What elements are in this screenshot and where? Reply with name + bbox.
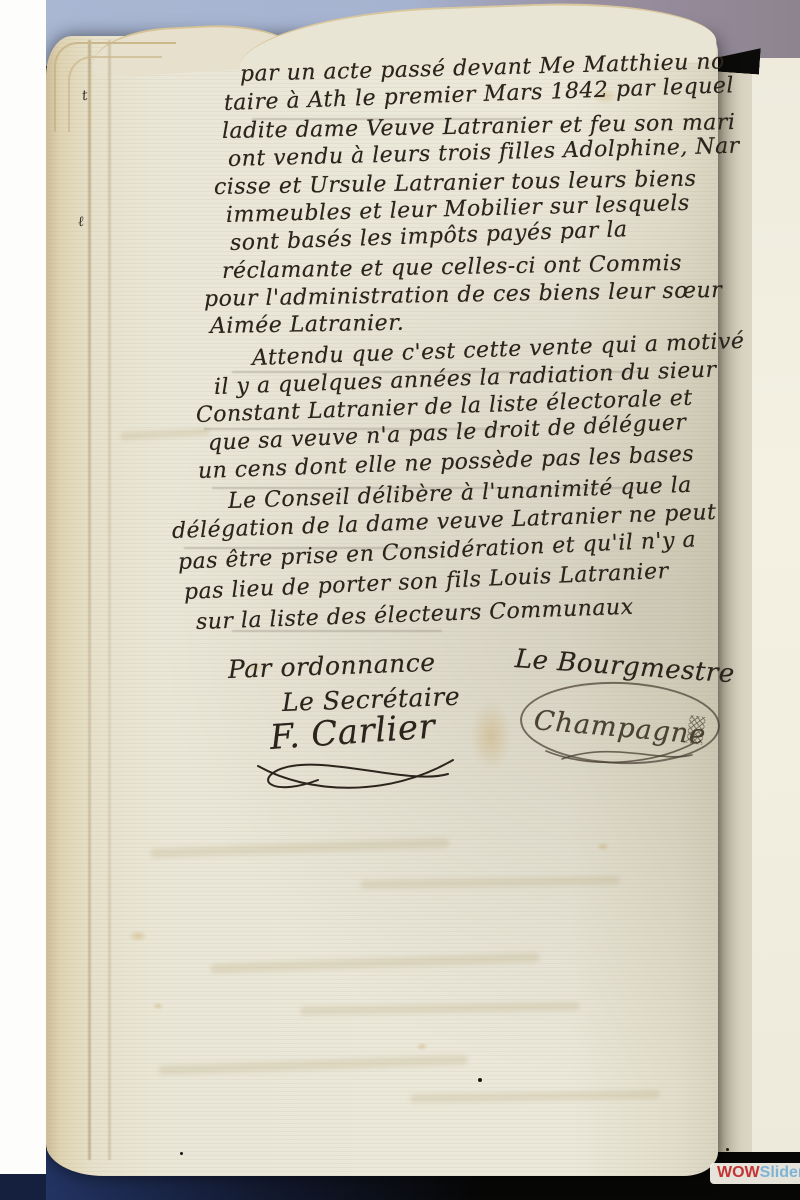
gutter-crease-2 bbox=[108, 40, 111, 1160]
photo-white-border bbox=[0, 0, 46, 1174]
wowslider-watermark[interactable]: WOWSlider bbox=[710, 1163, 800, 1184]
gutter-crease bbox=[88, 40, 91, 1160]
ink-speck bbox=[180, 1152, 183, 1155]
signature-flourish bbox=[248, 752, 463, 800]
manuscript-line: Aimée Latranier. bbox=[210, 311, 405, 339]
manuscript-photo: par un acte passé devant Me Matthieu no … bbox=[0, 0, 800, 1200]
page-stack-edge bbox=[752, 58, 800, 1152]
paper-stain bbox=[596, 842, 610, 851]
paper-stain bbox=[152, 1002, 164, 1010]
next-page-edge bbox=[712, 58, 754, 1152]
photo-border-foot bbox=[0, 1174, 46, 1200]
paper-stain bbox=[128, 930, 148, 942]
paper-stain bbox=[470, 700, 512, 772]
watermark-brand-slider: Slider bbox=[760, 1164, 800, 1181]
oval-flourish bbox=[540, 735, 700, 771]
ink-speck bbox=[478, 1078, 482, 1082]
paper-stain bbox=[416, 1042, 428, 1051]
watermark-brand-wow: WOW bbox=[717, 1164, 760, 1181]
ink-speck bbox=[726, 1148, 729, 1151]
